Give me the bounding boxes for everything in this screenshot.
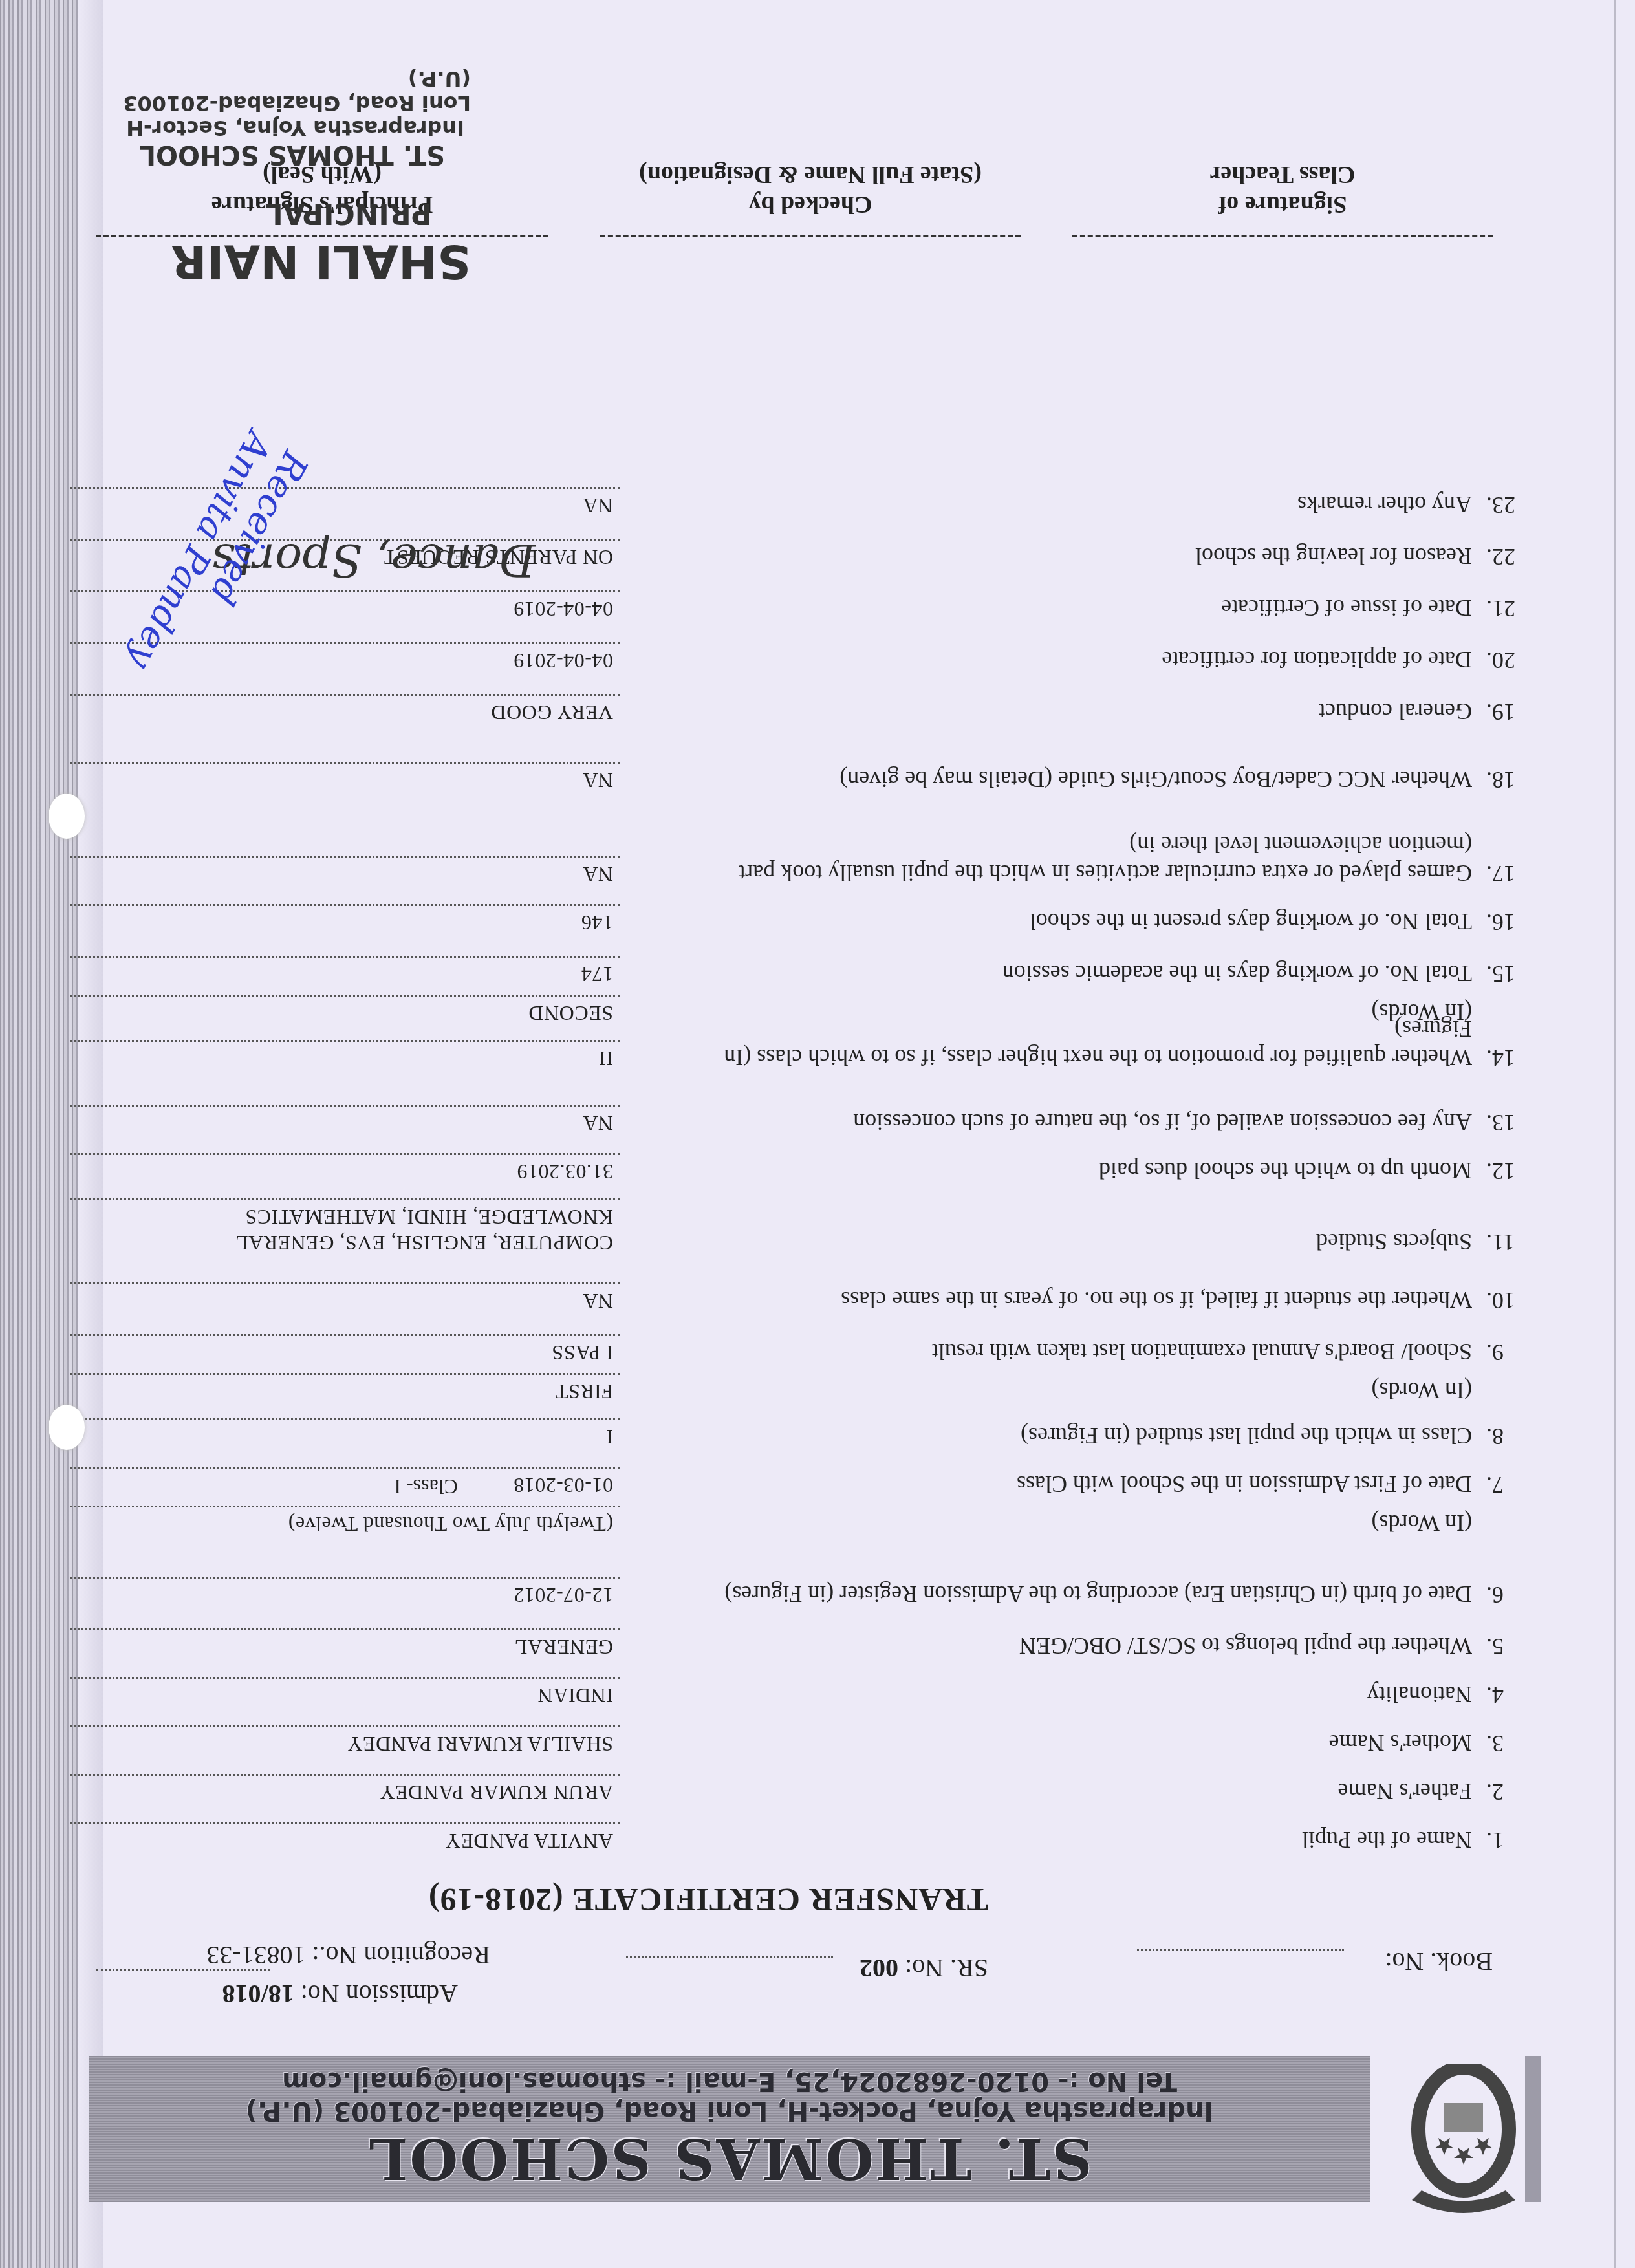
field-line xyxy=(70,1040,620,1042)
field-row: 11.Subjects StudiedCOMPUTER, ENGLISH, EV… xyxy=(70,1227,1557,1256)
field-label: Date of birth (in Christian Era) accordi… xyxy=(709,1580,1472,1608)
sr-no-line xyxy=(626,1956,833,1958)
signature-line xyxy=(1072,235,1493,237)
field-row: 20.Date of application for certificate04… xyxy=(70,645,1557,674)
field-value-area: NA xyxy=(70,856,620,887)
field-label: Class in which the pupil last studied (i… xyxy=(709,1421,1472,1450)
field-value-area: VERY GOOD xyxy=(70,694,620,726)
field-value-extra: Class- I xyxy=(394,1474,458,1498)
field-value-area: I xyxy=(70,1418,620,1450)
field-line xyxy=(70,995,620,997)
field-subvalue: (Twelyth July Two Thousand Twelve) xyxy=(70,1511,620,1537)
field-value-area: ARUN KUMAR PANDEY xyxy=(70,1774,620,1806)
field-number: 1. xyxy=(1472,1827,1557,1854)
field-number: 9. xyxy=(1472,1339,1557,1366)
sr-no-label: SR. No: xyxy=(905,1954,988,1983)
field-value-area: II xyxy=(70,1040,620,1072)
field-label: Whether the pupil belongs to SC/ST/ OBC/… xyxy=(709,1632,1472,1660)
field-row: 1.Name of the PupilANVITA PANDEY xyxy=(70,1826,1557,1854)
field-value: NA xyxy=(70,861,620,887)
field-value-area: 146 xyxy=(70,904,620,936)
stamp-title: PRINCIPAL xyxy=(265,197,432,230)
field-value-area: 174 xyxy=(70,956,620,988)
field-value-area: INDIAN xyxy=(70,1677,620,1709)
field-number: 10. xyxy=(1472,1287,1557,1314)
field-label: General conduct xyxy=(709,697,1472,726)
book-no-line xyxy=(1137,1949,1344,1951)
signature-line xyxy=(600,235,1021,237)
field-row: 16.Total No. of working days present in … xyxy=(70,907,1557,936)
field-number: 4. xyxy=(1472,1681,1557,1709)
field-line xyxy=(70,694,620,696)
field-label: Whether the student if failed, if so the… xyxy=(709,1286,1472,1314)
field-row: 10.Whether the student if failed, if so … xyxy=(70,1286,1557,1314)
field-number: 23. xyxy=(1472,491,1557,519)
field-value: ARUN KUMAR PANDEY xyxy=(70,1780,620,1806)
field-line xyxy=(70,1373,620,1375)
field-line xyxy=(70,1198,620,1200)
stamp-school: ST. THOMAS SCHOOL xyxy=(139,140,445,169)
field-line xyxy=(70,1506,620,1507)
field-value-area: 01-03-2018Class- I xyxy=(70,1467,620,1498)
sr-no: SR. No: 002 xyxy=(860,1953,988,1983)
field-number: 19. xyxy=(1472,698,1557,726)
field-label: Father's Name xyxy=(709,1777,1472,1806)
field-number: 7. xyxy=(1472,1471,1557,1498)
field-number: 15. xyxy=(1472,960,1557,988)
field-row: 8.Class in which the pupil last studied … xyxy=(70,1421,1557,1450)
field-number: 6. xyxy=(1472,1581,1557,1608)
field-value-area: NA xyxy=(70,762,620,794)
banner-edge xyxy=(1525,2056,1541,2202)
field-value-area: I PASS xyxy=(70,1334,620,1366)
field-line xyxy=(70,487,620,489)
field-line xyxy=(70,1677,620,1679)
field-number: 22. xyxy=(1472,543,1557,570)
field-line xyxy=(70,1153,620,1155)
field-sublabel: (In Words) xyxy=(709,1509,1472,1537)
field-number: 21. xyxy=(1472,595,1557,622)
field-value-area: SHAILJA KUMARI PANDEY xyxy=(70,1725,620,1757)
field-value: GENERAL xyxy=(70,1634,620,1660)
field-row: 7.Date of First Admission in the School … xyxy=(70,1470,1557,1498)
field-value-area: GENERAL xyxy=(70,1628,620,1660)
admission-no-label: Admission No: xyxy=(301,1980,458,2009)
field-row: 4.NationalityINDIAN xyxy=(70,1680,1557,1709)
field-number: 20. xyxy=(1472,647,1557,674)
field-label: School/ Board's Annual examination last … xyxy=(709,1337,1472,1366)
field-label: Date of issue of Certificate xyxy=(709,594,1472,622)
field-label: Month up to which the school dues paid xyxy=(709,1156,1472,1185)
field-row: 15.Total No. of working days in the acad… xyxy=(70,959,1557,988)
recognition-no-value: 10831-33 xyxy=(206,1941,305,1970)
field-label: Date of application for certificate xyxy=(709,645,1472,674)
field-value: SHAILJA KUMARI PANDEY xyxy=(70,1731,620,1757)
field-value: 174 xyxy=(70,962,620,988)
field-number: 18. xyxy=(1472,766,1557,794)
field-line xyxy=(70,1577,620,1579)
field-subvalue-area: SECOND xyxy=(70,995,620,1026)
field-line xyxy=(70,1822,620,1824)
school-address: Indraprastha Yojna, Pocket-H, Loni Road,… xyxy=(246,2097,1214,2126)
field-label: Total No. of working days in the academi… xyxy=(709,959,1472,988)
field-value-area: NA xyxy=(70,1105,620,1136)
school-contact: Tel No :- 0120-2682024,25, E-mail :- sth… xyxy=(282,2067,1177,2097)
field-subvalue-area: (Twelyth July Two Thousand Twelve) xyxy=(70,1506,620,1537)
field-value: NA xyxy=(70,1288,620,1314)
field-row: 6.Date of birth (in Christian Era) accor… xyxy=(70,1580,1557,1608)
field-subvalue-area: FIRST xyxy=(70,1373,620,1405)
punch-hole xyxy=(49,794,85,839)
field-value: 12-07-2012 xyxy=(70,1582,620,1608)
field-line xyxy=(70,1725,620,1727)
field-row: 17.Games played or extra curricular acti… xyxy=(70,830,1557,887)
scanner-edge-artifact xyxy=(0,0,78,2268)
field-row: 2.Father's NameARUN KUMAR PANDEY xyxy=(70,1777,1557,1806)
certificate-meta: Book. No: SR. No: 002 Admission No: 18/0… xyxy=(96,1919,1557,1996)
field-label: Nationality xyxy=(709,1680,1472,1709)
stamp-address2: Loni Road, Ghaziabad-201003 (U.P.) xyxy=(70,67,471,116)
field-label: Name of the Pupil xyxy=(709,1826,1472,1854)
field-number: 17. xyxy=(1472,860,1557,887)
field-value-area: 31.03.2019 xyxy=(70,1153,620,1185)
field-line xyxy=(70,1105,620,1107)
field-row: 12.Month up to which the school dues pai… xyxy=(70,1156,1557,1185)
stamp-name: SHALI NAIR xyxy=(171,235,471,289)
field-value: 146 xyxy=(70,910,620,936)
field-row: 9.School/ Board's Annual examination las… xyxy=(70,1337,1557,1366)
field-subvalue: FIRST xyxy=(70,1379,620,1405)
field-label: Subjects Studied xyxy=(709,1227,1472,1256)
punch-hole xyxy=(49,1405,85,1450)
checked-by-signature: Checked by (State Full Name & Designatio… xyxy=(600,160,1021,237)
field-label: Any fee concession availed of, if so, th… xyxy=(709,1108,1472,1136)
field-line xyxy=(70,1467,620,1469)
school-name: ST. THOMAS SCHOOL xyxy=(367,2126,1092,2192)
field-value: NA xyxy=(70,1110,620,1136)
field-line xyxy=(70,856,620,858)
field-line xyxy=(70,1418,620,1420)
field-value-area: NA xyxy=(70,1282,620,1314)
field-value-area: NA xyxy=(70,487,620,519)
field-line xyxy=(70,1334,620,1336)
field-label: Mother's Name xyxy=(709,1729,1472,1757)
certificate-page: ST. THOMAS SCHOOL Indraprastha Yojna, Po… xyxy=(0,0,1635,2268)
field-row: 19.General conductVERY GOOD xyxy=(70,697,1557,726)
book-no: Book. No: xyxy=(1385,1947,1493,1977)
field-subvalue: SECOND xyxy=(70,1000,620,1026)
page-edge-line xyxy=(1614,0,1616,2268)
field-row: 21.Date of issue of Certificate04-04-201… xyxy=(70,594,1557,622)
class-teacher-label: Signature of Class Teacher xyxy=(1072,160,1493,219)
book-no-label: Book. No: xyxy=(1385,1947,1493,1976)
field-line xyxy=(70,762,620,764)
sr-no-value: 002 xyxy=(860,1954,898,1983)
field-number: 8. xyxy=(1472,1423,1557,1450)
school-header: ST. THOMAS SCHOOL Indraprastha Yojna, Po… xyxy=(70,2048,1557,2242)
field-row: 18.Whether NCC Cadet/Boy Scout/Girls Gui… xyxy=(70,765,1557,794)
recognition-no-label: Recognition No.: xyxy=(312,1941,490,1970)
field-value-area: 12-07-2012 xyxy=(70,1577,620,1608)
field-value: COMPUTER, ENGLISH, EVS, GENERAL KNOWLEDG… xyxy=(70,1204,620,1256)
field-number: 14. xyxy=(1472,1044,1557,1072)
field-number: 5. xyxy=(1472,1633,1557,1660)
field-sublabel: (In Words) xyxy=(709,998,1472,1026)
admission-no: Admission No: 18/018 xyxy=(222,1979,458,2009)
field-value: NA xyxy=(70,493,620,519)
field-label: Reason for leaving the school xyxy=(709,542,1472,570)
school-banner: ST. THOMAS SCHOOL Indraprastha Yojna, Po… xyxy=(89,2056,1370,2202)
field-label: Any other remarks xyxy=(709,490,1472,519)
field-number: 12. xyxy=(1472,1158,1557,1185)
field-value: I PASS xyxy=(70,1340,620,1366)
field-label: Games played or extra curricular activit… xyxy=(709,830,1472,887)
stamp-address1: Indraprastha Yojna, Sector-H xyxy=(126,116,464,140)
field-number: 3. xyxy=(1472,1730,1557,1757)
field-number: 2. xyxy=(1472,1778,1557,1806)
field-label: Total No. of working days present in the… xyxy=(709,907,1472,936)
field-line xyxy=(70,590,620,592)
field-number: 11. xyxy=(1472,1229,1557,1256)
field-value: INDIAN xyxy=(70,1683,620,1709)
field-row: 3.Mother's NameSHAILJA KUMARI PANDEY xyxy=(70,1729,1557,1757)
checked-by-label: Checked by (State Full Name & Designatio… xyxy=(600,160,1021,219)
field-value: 01-03-2018 xyxy=(70,1473,620,1498)
field-label: Date of First Admission in the School wi… xyxy=(709,1470,1472,1498)
field-label: Whether NCC Cadet/Boy Scout/Girls Guide … xyxy=(709,765,1472,794)
field-value-area: COMPUTER, ENGLISH, EVS, GENERAL KNOWLEDG… xyxy=(70,1198,620,1256)
field-value: VERY GOOD xyxy=(70,700,620,726)
school-crest-icon xyxy=(1409,2064,1519,2226)
field-value: NA xyxy=(70,768,620,794)
class-teacher-signature: Signature of Class Teacher xyxy=(1072,160,1493,237)
field-line xyxy=(70,956,620,958)
field-sublabel: (In Words) xyxy=(709,1376,1472,1405)
admission-no-value: 18/018 xyxy=(222,1980,294,2009)
field-line xyxy=(70,904,620,906)
field-line xyxy=(70,1282,620,1284)
field-number: 16. xyxy=(1472,909,1557,936)
field-row: 13.Any fee concession availed of, if so,… xyxy=(70,1108,1557,1136)
field-value: ANVITA PANDEY xyxy=(70,1828,620,1854)
field-number: 13. xyxy=(1472,1109,1557,1136)
recognition-no: Recognition No.: 10831-33 xyxy=(206,1940,490,1971)
certificate-title: TRANSFER CERTIFICATE (2018-19) xyxy=(428,1881,988,1919)
field-row: 5.Whether the pupil belongs to SC/ST/ OB… xyxy=(70,1632,1557,1660)
signature-section: Signature of Class Teacher Checked by (S… xyxy=(70,69,1557,315)
field-row: 14.Whether qualified for promotion to th… xyxy=(70,1015,1557,1072)
field-value: I xyxy=(70,1424,620,1450)
field-value: II xyxy=(70,1046,620,1072)
field-line xyxy=(70,1774,620,1776)
field-value: 31.03.2019 xyxy=(70,1159,620,1185)
field-line xyxy=(70,1628,620,1630)
field-value-area: ANVITA PANDEY xyxy=(70,1822,620,1854)
